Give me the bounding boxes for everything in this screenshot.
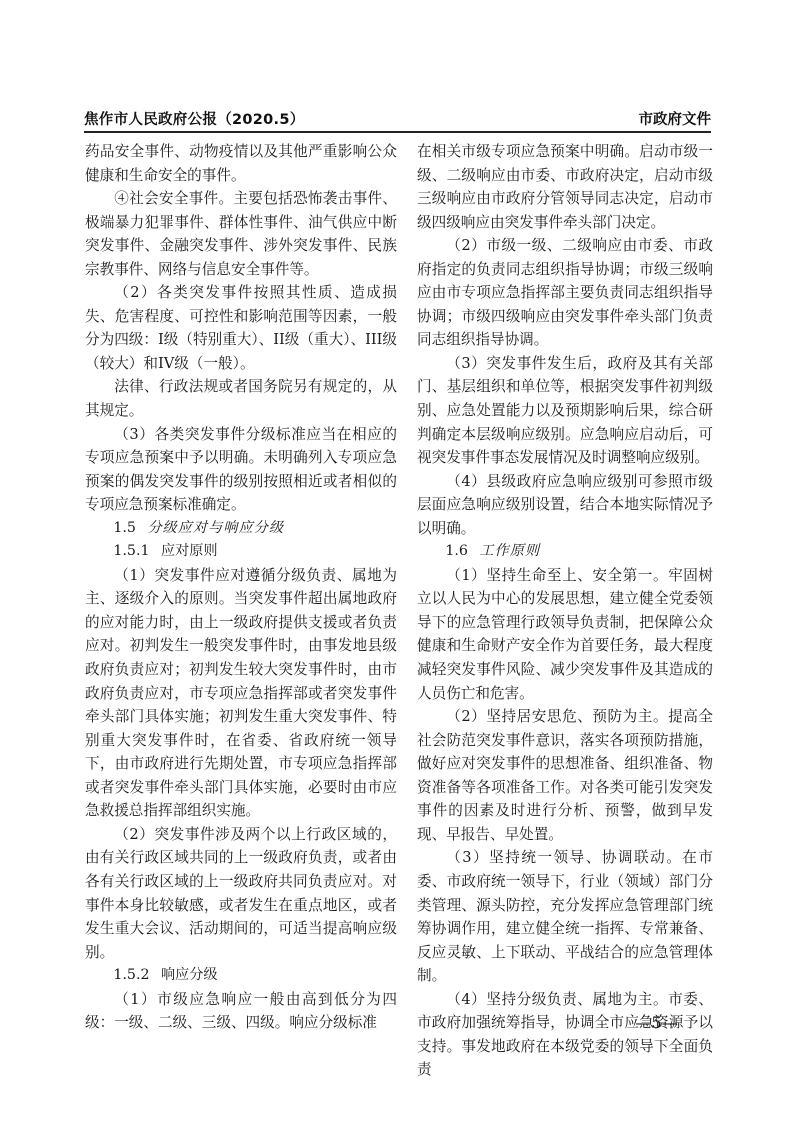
paragraph: （2）坚持居安思危、预防为主。提高全社会防范突发事件意识，落实各项预防措施，做好… [417,705,713,846]
left-column: 药品安全事件、动物疫情以及其他严重影响公众健康和生命安全的事件。④社会安全事件。… [85,140,397,1035]
section-number: 1.5 [113,517,136,541]
paragraph: 法律、行政法规或者国务院另有规定的，从其规定。 [85,375,397,422]
paragraph: （4）县级政府应急响应级别可参照市级层面应急响应级别设置，结合本地实际情况予以明… [417,470,713,541]
section-title: 工作原则 [479,543,540,559]
header-rule [84,131,711,133]
paragraph: ④社会安全事件。主要包括恐怖袭击事件、极端暴力犯罪事件、群体性事件、油气供应中断… [85,187,397,281]
paragraph: （1）坚持生命至上、安全第一。牢固树立以人民为中心的发展思想，建立健全党委领导下… [417,564,713,705]
paragraph: （1）突发事件应对遵循分级负责、属地为主、逐级介入的原则。当突发事件超出属地政府… [85,564,397,823]
section-label: 市政府文件 [639,108,712,129]
paragraph: （3）突发事件发生后，政府及其有关部门、基层组织和单位等，根据突发事件初判级别、… [417,352,713,470]
section-heading: 1.5分级应对与响应分级 [85,517,397,541]
paragraph: （4）坚持分级负责、属地为主。市委、市政府加强统筹指导，协调全市应急资源予以支持… [417,988,713,1082]
section-number: 1.5.2 [113,964,149,988]
continued-paragraph: 药品安全事件、动物疫情以及其他严重影响公众健康和生命安全的事件。 [85,140,397,187]
paragraph: （1）市级应急响应一般由高到低分为四级：一级、二级、三级、四级。响应分级标准 [85,988,397,1035]
right-column: 在相关市级专项应急预案中明确。启动市级一级、二级响应由市委、市政府决定，启动市级… [417,140,713,1082]
paragraph: （3）坚持统一领导、协调联动。在市委、市政府统一领导下，行业（领域）部门分类管理… [417,846,713,987]
section-title: 响应分级 [161,967,218,983]
section-title: 应对原则 [161,543,218,559]
publication-title: 焦作市人民政府公报（2020.5） [84,108,305,129]
section-number: 1.6 [445,540,468,564]
continued-paragraph: 在相关市级专项应急预案中明确。启动市级一级、二级响应由市委、市政府决定，启动市级… [417,140,713,234]
section-title: 分级应对与响应分级 [147,520,284,536]
running-header: 焦作市人民政府公报（2020.5） 市政府文件 [84,104,711,132]
section-heading: 1.6工作原则 [417,540,713,564]
section-heading: 1.5.2响应分级 [85,964,397,988]
paragraph: （3）各类突发事件分级标准应当在相应的专项应急预案中予以明确。未明确列入专项应急… [85,423,397,517]
page-number: —5— [600,1013,713,1032]
paragraph: （2）突发事件涉及两个以上行政区域的，由有关行政区域共同的上一级政府负责，或者由… [85,823,397,964]
section-heading: 1.5.1应对原则 [85,540,397,564]
section-number: 1.5.1 [113,540,149,564]
paragraph: （2）市级一级、二级响应由市委、市政府指定的负责同志组织指导协调；市级三级响应由… [417,234,713,352]
paragraph: （2）各类突发事件按照其性质、造成损失、危害程度、可控性和影响范围等因素，一般分… [85,281,397,375]
